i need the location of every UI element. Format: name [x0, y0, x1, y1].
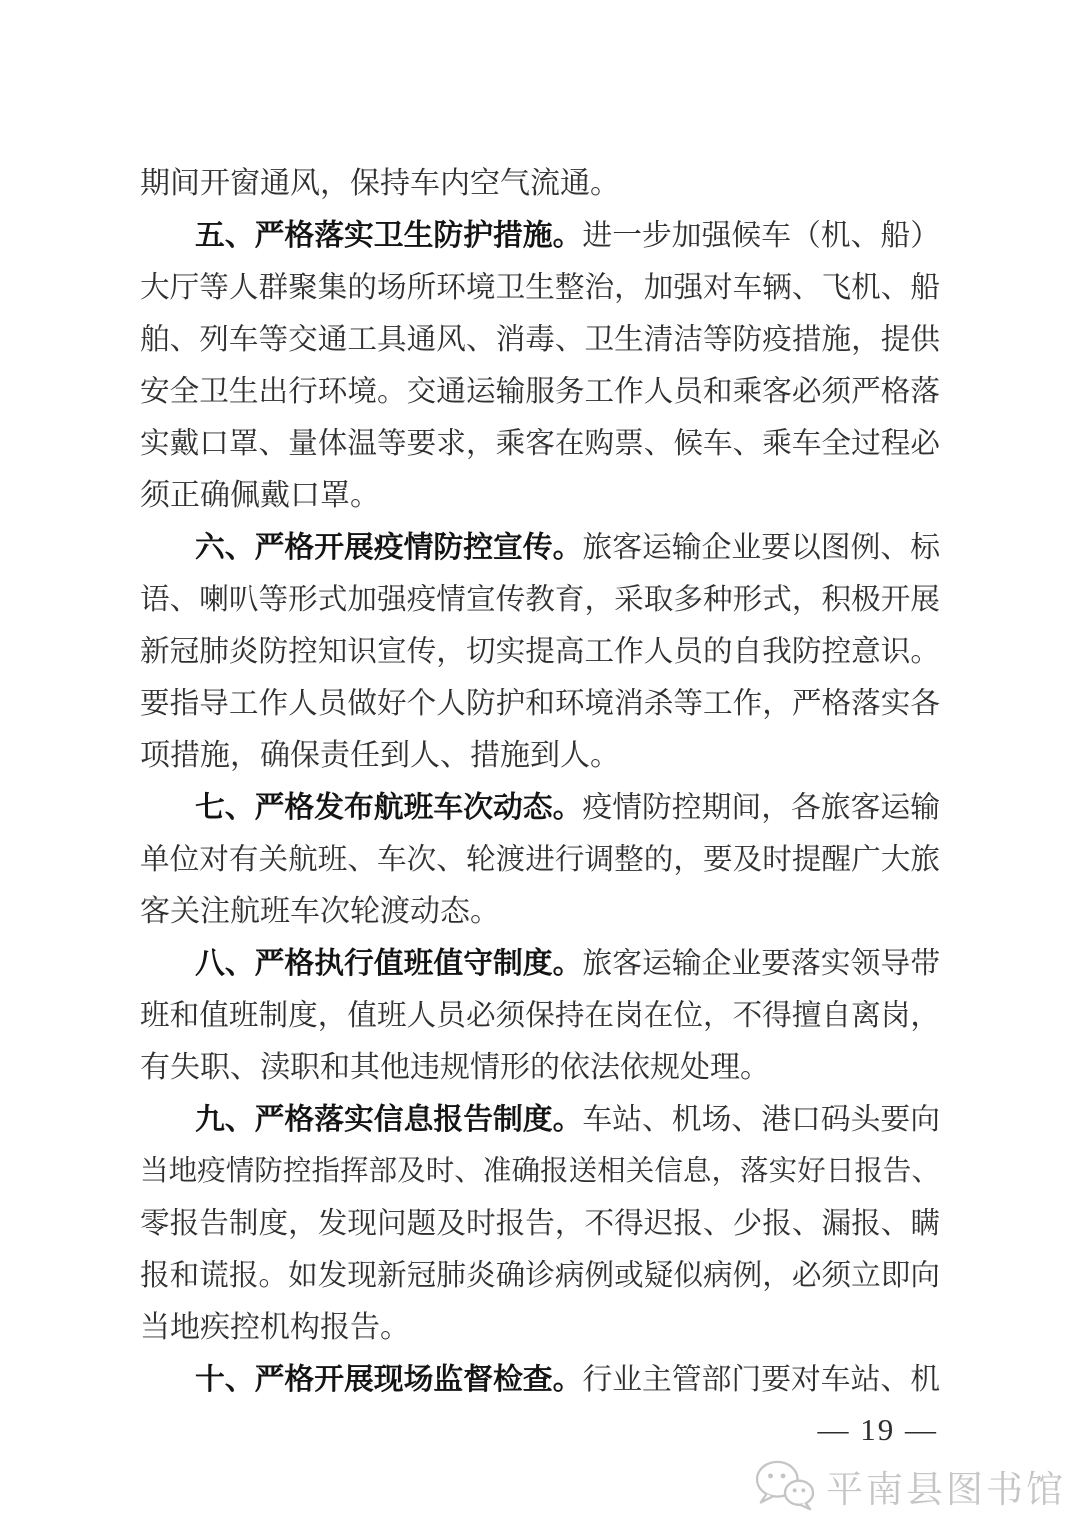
text-line: 当地疫情防控指挥部及时、准确报送相关信息，落实好日报告、 — [140, 1146, 940, 1198]
wechat-icon — [754, 1458, 816, 1514]
body-text: 旅客运输企业要落实领导带 — [582, 947, 940, 980]
section-heading: 五、严格落实卫生防护措施。 — [195, 219, 582, 252]
body-text: 期间开窗通风，保持车内空气流通。 — [140, 167, 620, 200]
text-line: 客关注航班车次轮渡动态。 — [140, 886, 940, 938]
text-line: 新冠肺炎防控知识宣传，切实提高工作人员的自我防控意识。 — [140, 626, 940, 678]
text-line: 零报告制度，发现问题及时报告，不得迟报、少报、漏报、瞒 — [140, 1198, 940, 1250]
text-line: 期间开窗通风，保持车内空气流通。 — [140, 158, 940, 210]
section-line: 十、严格开展现场监督检查。行业主管部门要对车站、机 — [140, 1354, 940, 1406]
body-text: 零报告制度，发现问题及时报告，不得迟报、少报、漏报、瞒 — [140, 1208, 940, 1240]
section-heading: 九、严格落实信息报告制度。 — [195, 1103, 582, 1136]
text-line: 大厅等人群聚集的场所环境卫生整治，加强对车辆、飞机、船 — [140, 262, 940, 314]
text-line: 安全卫生出行环境。交通运输服务工作人员和乘客必须严格落 — [140, 366, 940, 418]
document-body: 期间开窗通风，保持车内空气流通。五、严格落实卫生防护措施。进一步加强候车（机、船… — [140, 158, 940, 1406]
library-watermark: 平南县图书馆 — [754, 1458, 1066, 1514]
text-line: 要指导工作人员做好个人防护和环境消杀等工作，严格落实各 — [140, 678, 940, 730]
section-heading: 七、严格发布航班车次动态。 — [195, 791, 582, 824]
body-text: 行业主管部门要对车站、机 — [582, 1363, 940, 1396]
body-text: 新冠肺炎防控知识宣传，切实提高工作人员的自我防控意识。 — [140, 636, 940, 668]
text-line: 实戴口罩、量体温等要求，乘客在购票、候车、乘车全过程必 — [140, 418, 940, 470]
section-line: 九、严格落实信息报告制度。车站、机场、港口码头要向 — [140, 1094, 940, 1146]
body-text: 报和谎报。如发现新冠肺炎确诊病例或疑似病例，必须立即向 — [140, 1260, 940, 1292]
body-text: 班和值班制度，值班人员必须保持在岗在位，不得擅自离岗， — [140, 1000, 940, 1032]
section-line: 七、严格发布航班车次动态。疫情防控期间，各旅客运输 — [140, 782, 940, 834]
body-text: 实戴口罩、量体温等要求，乘客在购票、候车、乘车全过程必 — [140, 428, 940, 460]
page-number-text: — 19 — — [818, 1412, 939, 1447]
text-line: 项措施，确保责任到人、措施到人。 — [140, 730, 940, 782]
text-line: 单位对有关航班、车次、轮渡进行调整的，要及时提醒广大旅 — [140, 834, 940, 886]
body-text: 舶、列车等交通工具通风、消毒、卫生清洁等防疫措施，提供 — [140, 324, 940, 356]
section-line: 六、严格开展疫情防控宣传。旅客运输企业要以图例、标 — [140, 522, 940, 574]
body-text: 车站、机场、港口码头要向 — [582, 1103, 940, 1136]
body-text: 安全卫生出行环境。交通运输服务工作人员和乘客必须严格落 — [140, 376, 940, 408]
section-heading: 六、严格开展疫情防控宣传。 — [195, 531, 582, 564]
body-text: 须正确佩戴口罩。 — [140, 479, 380, 512]
text-line: 当地疾控机构报告。 — [140, 1302, 940, 1354]
text-line: 有失职、渎职和其他违规情形的依法依规处理。 — [140, 1042, 940, 1094]
page-number: — 19 — — [818, 1412, 939, 1448]
body-text: 大厅等人群聚集的场所环境卫生整治，加强对车辆、飞机、船 — [140, 272, 940, 304]
text-line: 报和谎报。如发现新冠肺炎确诊病例或疑似病例，必须立即向 — [140, 1250, 940, 1302]
text-line: 须正确佩戴口罩。 — [140, 470, 940, 522]
document-page: 期间开窗通风，保持车内空气流通。五、严格落实卫生防护措施。进一步加强候车（机、船… — [0, 0, 1080, 1528]
body-text: 疫情防控期间，各旅客运输 — [582, 791, 940, 824]
body-text: 当地疫情防控指挥部及时、准确报送相关信息，落实好日报告、 — [140, 1156, 940, 1187]
text-line: 班和值班制度，值班人员必须保持在岗在位，不得擅自离岗， — [140, 990, 940, 1042]
body-text: 进一步加强候车（机、船） — [582, 219, 940, 252]
text-line: 语、喇叭等形式加强疫情宣传教育，采取多种形式，积极开展 — [140, 574, 940, 626]
body-text: 语、喇叭等形式加强疫情宣传教育，采取多种形式，积极开展 — [140, 584, 940, 616]
section-heading: 八、严格执行值班值守制度。 — [195, 947, 582, 980]
body-text: 项措施，确保责任到人、措施到人。 — [140, 739, 620, 772]
body-text: 有失职、渎职和其他违规情形的依法依规处理。 — [140, 1051, 770, 1084]
section-heading: 十、严格开展现场监督检查。 — [195, 1363, 582, 1396]
section-line: 五、严格落实卫生防护措施。进一步加强候车（机、船） — [140, 210, 940, 262]
body-text: 旅客运输企业要以图例、标 — [582, 531, 940, 564]
text-line: 舶、列车等交通工具通风、消毒、卫生清洁等防疫措施，提供 — [140, 314, 940, 366]
body-text: 客关注航班车次轮渡动态。 — [140, 895, 500, 928]
watermark-label: 平南县图书馆 — [826, 1459, 1066, 1513]
body-text: 当地疾控机构报告。 — [140, 1311, 410, 1344]
section-line: 八、严格执行值班值守制度。旅客运输企业要落实领导带 — [140, 938, 940, 990]
body-text: 单位对有关航班、车次、轮渡进行调整的，要及时提醒广大旅 — [140, 844, 940, 876]
body-text: 要指导工作人员做好个人防护和环境消杀等工作，严格落实各 — [140, 688, 940, 720]
